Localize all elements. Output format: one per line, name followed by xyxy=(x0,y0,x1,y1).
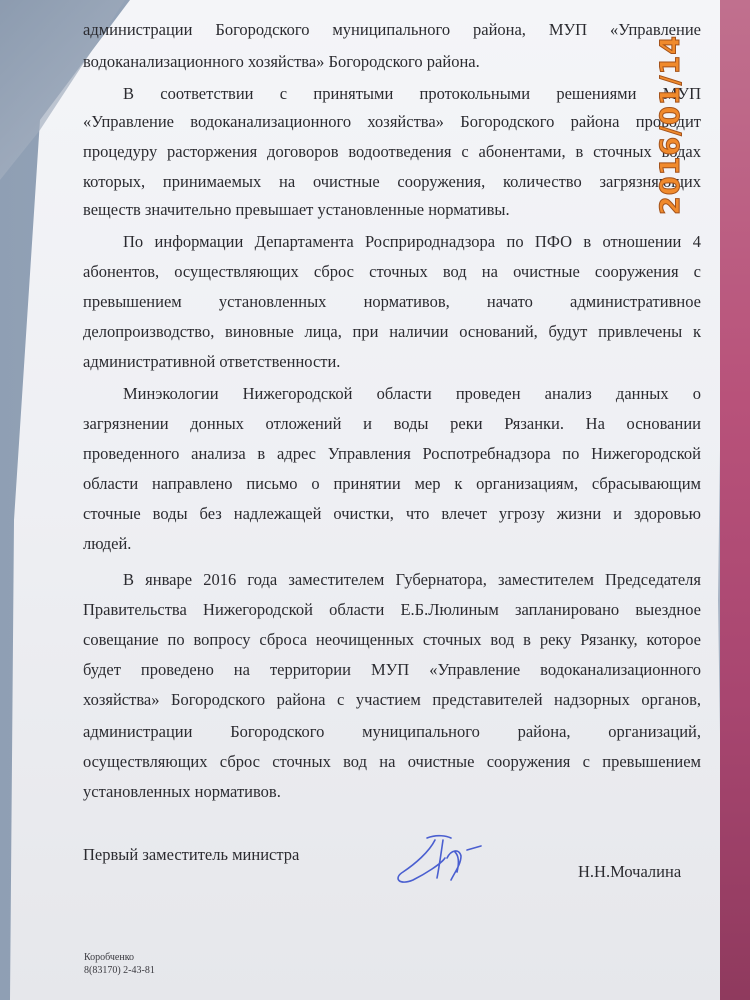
text-line: абонентов, осуществляющих сброс сточных … xyxy=(83,262,701,284)
text-line: хозяйства» Богородского района с участие… xyxy=(83,690,701,712)
text-line: сточные воды без надлежащей очистки, что… xyxy=(83,504,701,526)
text-line: установленных нормативов. xyxy=(83,782,701,804)
camera-date-stamp: 2016/01/14 xyxy=(655,35,686,215)
text-line: делопроизводство, виновные лица, при нал… xyxy=(83,322,701,344)
text-line: процедуру расторжения договоров водоотве… xyxy=(83,142,701,164)
text-line: веществ значительно превышает установлен… xyxy=(83,200,701,222)
text-line: осуществляющих сброс сточных вод на очис… xyxy=(83,752,701,774)
signatory-title: Первый заместитель министра xyxy=(83,845,299,865)
executor-phone: 8(83170) 2-43-81 xyxy=(84,964,155,977)
text-line: области направлено письмо о принятии мер… xyxy=(83,474,701,496)
text-line: превышением установленных нормативов, на… xyxy=(83,292,701,314)
executor-info: Коробченко 8(83170) 2-43-81 xyxy=(84,951,155,977)
handwritten-signature-icon xyxy=(385,828,515,898)
signatory-name: Н.Н.Мочалина xyxy=(578,862,681,882)
text-line: совещание по вопросу сброса неочищенных … xyxy=(83,630,701,652)
text-line: «Управление водоканализационного хозяйст… xyxy=(83,112,701,134)
text-line: людей. xyxy=(83,534,701,556)
text-line: загрязнении донных отложений и воды реки… xyxy=(83,414,701,436)
text-line: Правительства Нижегородской области Е.Б.… xyxy=(83,600,701,622)
text-line: будет проведено на территории МУП «Управ… xyxy=(83,660,701,682)
text-line: администрации Богородского муниципальног… xyxy=(83,20,701,42)
executor-name: Коробченко xyxy=(84,951,155,964)
text-line: Минэкологии Нижегородской области провед… xyxy=(83,384,701,406)
text-line: водоканализационного хозяйства» Богородс… xyxy=(83,52,701,74)
text-line: которых, принимаемых на очистные сооруже… xyxy=(83,172,701,194)
background-pink-surface xyxy=(720,0,750,1000)
text-line: В январе 2016 года заместителем Губернат… xyxy=(83,570,701,592)
text-line: В соответствии с принятыми протокольными… xyxy=(83,84,701,106)
text-line: По информации Департамента Росприроднадз… xyxy=(83,232,701,254)
text-line: администрации Богородского муниципальног… xyxy=(83,722,701,744)
text-line: административной ответственности. xyxy=(83,352,701,374)
text-line: проведенного анализа в адрес Управления … xyxy=(83,444,701,466)
